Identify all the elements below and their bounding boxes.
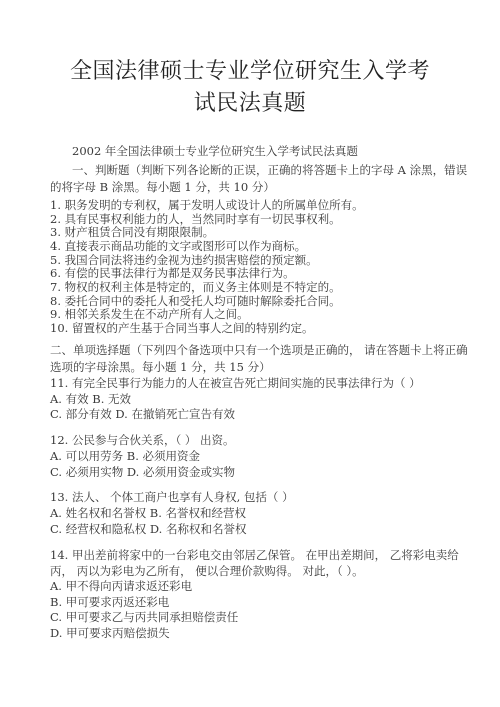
document-title-line-2: 试民法真题 — [0, 90, 500, 118]
section2-header: 二、单项选择题（下列四个备选项中只有一个选项是正确的， 请在答题卡上将正确 — [50, 343, 450, 357]
question-stem: 12. 公民参与合伙关系，（ ） 出资。 — [50, 433, 450, 447]
question-options: C. 部分有效 D. 在撤销死亡宣告有效 — [50, 407, 450, 421]
question-stem-cont: 丙， 丙以为彩电为乙所有， 便以合理价款购得。 对此，（ ）。 — [50, 564, 450, 578]
document-subtitle: 2002 年全国法律硕士专业学位研究生入学考试民法真题 — [72, 144, 472, 158]
judgment-item: 7. 物权的权利主体是特定的，而义务主体则是不特定的。 — [50, 280, 450, 294]
judgment-item: 6. 有偿的民事法律行为都是双务民事法律行为。 — [50, 266, 450, 280]
document-title-line-1: 全国法律硕士专业学位研究生入学考 — [0, 58, 500, 86]
question-options: D. 甲可要求丙赔偿损失 — [50, 626, 450, 640]
question-stem: 14. 甲出差前将家中的一台彩电交由邻居乙保管。 在甲出差期间， 乙将彩电卖给 — [50, 548, 450, 562]
question-options: A. 姓名权和名誉权 B. 名誉权和经营权 — [50, 506, 450, 520]
judgment-item: 9. 相邻关系发生在不动产所有人之间。 — [50, 307, 450, 321]
question-options: A. 可以用劳务 B. 必须用资金 — [50, 449, 450, 463]
question-options: A. 有效 B. 无效 — [50, 392, 450, 406]
judgment-item: 3. 财产租赁合同没有期限限制。 — [50, 225, 450, 239]
question-stem: 11. 有完全民事行为能力的人在被宣告死亡期间实施的民事法律行为（ ） — [50, 376, 450, 390]
question-options: C. 必须用实物 D. 必须用资金或实物 — [50, 465, 450, 479]
question-options: C. 甲可要求乙与丙共同承担赔偿责任 — [50, 610, 450, 624]
question-stem: 13. 法人、 个体工商户也享有人身权, 包括（ ） — [50, 490, 450, 504]
question-options: C. 经营权和隐私权 D. 名称权和名誉权 — [50, 522, 450, 536]
section1-header-cont: 的将字母 B 涂黑。每小题 1 分，共 10 分） — [50, 180, 450, 194]
judgment-item: 8. 委托合同中的委托人和受托人均可随时解除委托合同。 — [50, 294, 450, 308]
judgment-item: 10. 留置权的产生基于合同当事人之间的特别约定。 — [50, 321, 450, 335]
question-options: A. 甲不得向丙请求返还彩电 — [50, 579, 450, 593]
judgment-item: 5. 我国合同法将违约金视为违约损害赔偿的预定额。 — [50, 253, 450, 267]
judgment-item: 4. 直接表示商品功能的文字或图形可以作为商标。 — [50, 239, 450, 253]
question-options: B. 甲可要求丙返还彩电 — [50, 595, 450, 609]
section2-header-cont: 选项的字母涂黑。每小题 1 分，共 15 分） — [50, 360, 450, 374]
judgment-item: 1. 职务发明的专利权，属于发明人或设计人的所属单位所有。 — [50, 198, 450, 212]
section1-header: 一、判断题（判断下列各论断的正误，正确的将答题卡上的字母 A 涂黑，错误 — [72, 163, 472, 177]
judgment-item: 2. 具有民事权利能力的人，当然同时享有一切民事权利。 — [50, 212, 450, 226]
